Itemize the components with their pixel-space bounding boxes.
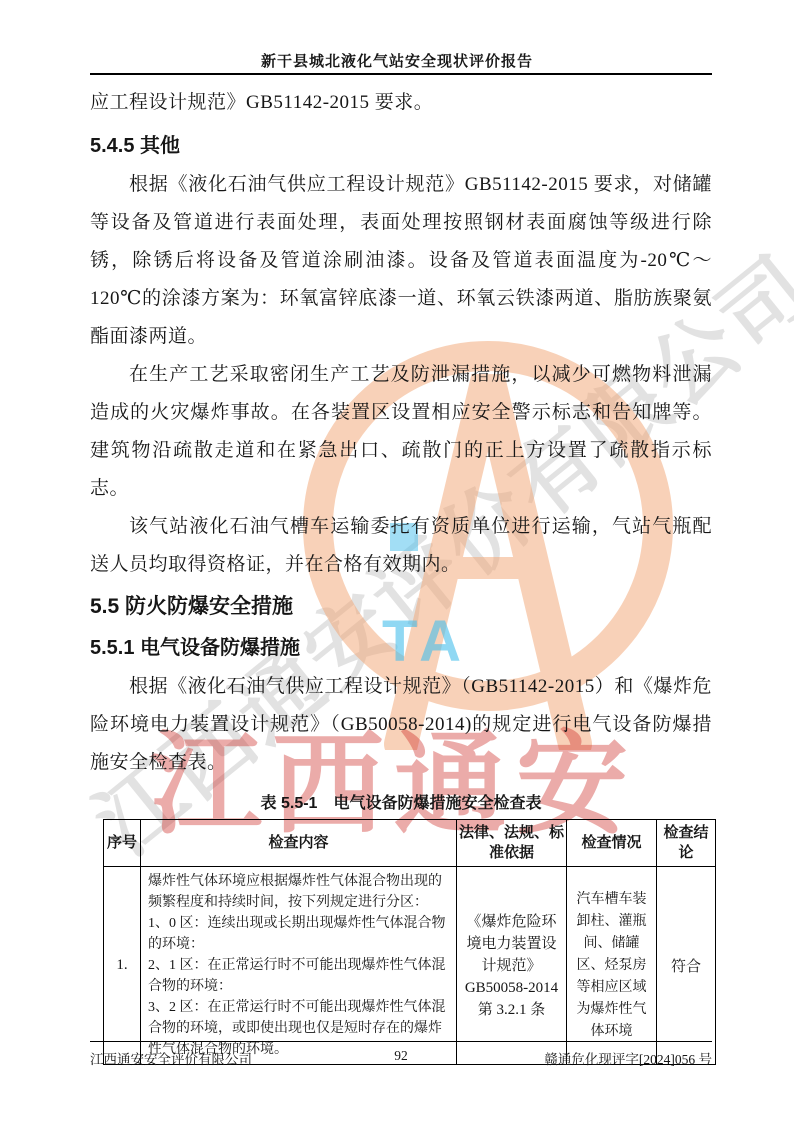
document-body: 应工程设计规范》GB51142-2015 要求。 5.4.5 其他 根据《液化石… [90, 84, 712, 1065]
column-header-conclusion: 检查结论 [657, 820, 716, 867]
paragraph: 根据《液化石油气供应工程设计规范》GB51142-2015 要求，对储罐等设备及… [90, 166, 712, 356]
section-heading-5-5-1: 5.5.1 电气设备防爆措施 [90, 632, 712, 664]
table-header-row: 序号 检查内容 法律、法规、标准依据 检查情况 检查结论 [104, 820, 716, 867]
paragraph: 在生产工艺采取密闭生产工艺及防泄漏措施，以减少可燃物料泄漏造成的火灾爆炸事故。在… [90, 356, 712, 508]
footer-document-number: 赣通危化现评字[2024]056 号 [544, 1048, 712, 1068]
page-footer: 92 江西通安安全评价有限公司 赣通危化现评字[2024]056 号 [90, 1048, 712, 1068]
section-heading-5-5: 5.5 防火防爆安全措施 [90, 590, 712, 624]
document-page: 江西通安评价有限公司 TA 江西通安 新干县城北液化气站安全现状评价报告 应工程… [0, 0, 794, 1123]
table-caption: 表 5.5-1 电气设备防爆措施安全检查表 [90, 790, 712, 813]
safety-check-table: 序号 检查内容 法律、法规、标准依据 检查情况 检查结论 1. 爆炸性气体环境应… [103, 819, 716, 1065]
conclusion-cell: 符合 [657, 867, 716, 1065]
legal-basis-cell: 《爆炸危险环境电力装置设计规范》 GB50058-2014 第 3.2.1 条 [457, 867, 567, 1065]
footer-rule [90, 1041, 712, 1042]
footer-company-name: 江西通安安全评价有限公司 [90, 1048, 252, 1068]
column-header-check-situation: 检查情况 [567, 820, 657, 867]
row-number-cell: 1. [104, 867, 141, 1065]
table-row: 1. 爆炸性气体环境应根据爆炸性气体混合物出现的频繁程度和持续时间，按下列规定进… [104, 867, 716, 1065]
check-situation-cell: 汽车槽车装卸柱、灌瓶间、储罐区、烃泵房等相应区域为爆炸性气体环境 [567, 867, 657, 1065]
check-content-cell: 爆炸性气体环境应根据爆炸性气体混合物出现的频繁程度和持续时间，按下列规定进行分区… [141, 867, 457, 1065]
column-header-legal-basis: 法律、法规、标准依据 [457, 820, 567, 867]
column-header-no: 序号 [104, 820, 141, 867]
paragraph: 根据《液化石油气供应工程设计规范》（GB51142-2015）和《爆炸危险环境电… [90, 668, 712, 782]
column-header-check-content: 检查内容 [141, 820, 457, 867]
header-rule [90, 73, 712, 75]
continued-paragraph-line: 应工程设计规范》GB51142-2015 要求。 [90, 84, 712, 122]
content-layer: 新干县城北液化气站安全现状评价报告 应工程设计规范》GB51142-2015 要… [0, 0, 794, 1123]
page-header-title: 新干县城北液化气站安全现状评价报告 [0, 50, 794, 71]
section-heading-5-4-5: 5.4.5 其他 [90, 130, 712, 162]
paragraph: 该气站液化石油气槽车运输委托有资质单位进行运输，气站气瓶配送人员均取得资格证，并… [90, 508, 712, 584]
